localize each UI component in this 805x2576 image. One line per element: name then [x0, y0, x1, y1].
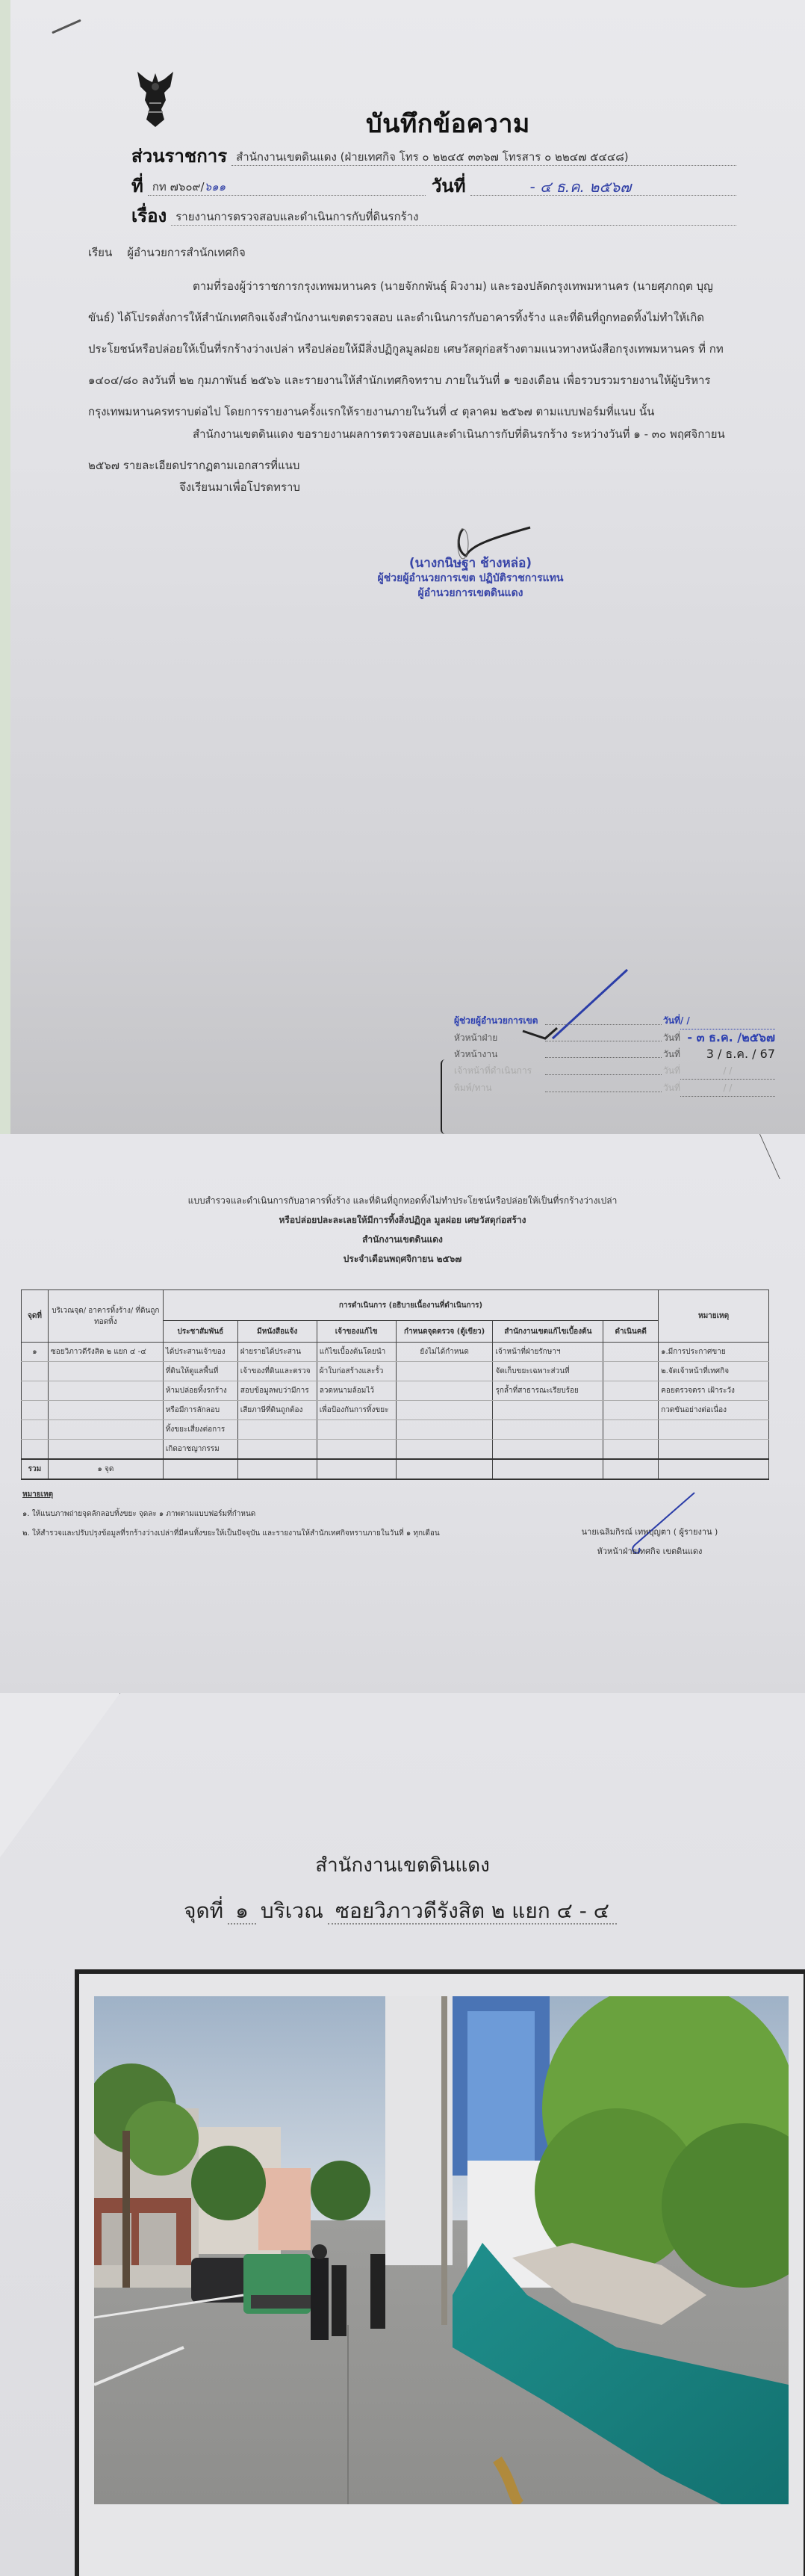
table-cell: [237, 1440, 317, 1460]
table-cell: [659, 1459, 769, 1479]
form-title-line: สำนักงานเขตดินแดง: [0, 1230, 805, 1249]
signer-position-2: ผู้อำนวยการเขตดินแดง: [373, 586, 568, 601]
routing-date: - ๓ ธ.ค. /๒๕๖๗: [680, 1030, 775, 1046]
subheader-cell: ดำเนินคดี: [603, 1321, 659, 1343]
table-cell: เพื่อป้องกันการทิ้งขยะ: [317, 1401, 396, 1420]
table-cell: แก้ไขเบื้องต้นโดยนำ: [317, 1343, 396, 1362]
date-label: วันที่: [432, 176, 466, 196]
salutation-value: ผู้อำนวยการสำนักเทศกิจ: [127, 246, 246, 259]
routing-row: หัวหน้าฝ่าย วันที่- ๓ ธ.ค. /๒๕๖๗: [454, 1030, 775, 1046]
table-cell: เสียภาษีที่ดินถูกต้อง: [237, 1401, 317, 1420]
table-cell: [22, 1381, 49, 1401]
street-photo-illustration: [94, 1996, 789, 2504]
pen-mark: [52, 19, 81, 34]
reporter-name: นายเฉลิมกิรณ์ เทพบุญตา ( ผู้รายงาน ): [553, 1523, 747, 1542]
area-label: บริเวณ: [261, 1898, 323, 1923]
table-cell: [48, 1401, 163, 1420]
routing-date: / /: [680, 1080, 775, 1097]
table-cell: [659, 1420, 769, 1440]
table-cell: [493, 1459, 603, 1479]
routing-label: เจ้าหน้าที่ดำเนินการ: [454, 1062, 544, 1080]
table-cell: ผ้าใบก่อสร้างและรั้ว: [317, 1362, 396, 1381]
routing-label: พิมพ์/ทาน: [454, 1080, 544, 1097]
subject-value: รายงานการตรวจสอบและดำเนินการกับที่ดินรกร…: [171, 210, 736, 226]
routing-label: หัวหน้างาน: [454, 1046, 544, 1062]
routing-row: หัวหน้างาน วันที่3 / ธ.ค. / 67: [454, 1046, 775, 1062]
table-cell: [396, 1420, 493, 1440]
routing-day-label: วันที่: [663, 1046, 680, 1062]
page-fold: [759, 1134, 805, 1179]
table-cell: ๒.จัดเจ้าหน้าที่เทศกิจ: [659, 1362, 769, 1381]
routing-brace: [441, 1059, 447, 1134]
table-cell: [603, 1459, 659, 1479]
table-cell: [163, 1459, 237, 1479]
attachment-office: สำนักงานเขตดินแดง: [0, 1850, 805, 1880]
memo-page: บันทึกข้อความ ส่วนราชการ สำนักงานเขตดินแ…: [0, 0, 805, 1134]
attachment-point-line: จุดที่๑บริเวณซอยวิภาวดีรังสิต ๒ แยก ๔ - …: [0, 1895, 805, 1928]
table-cell: [603, 1343, 659, 1362]
reporter-position: หัวหน้าฝ่ายเทศกิจ เขตดินแดง: [553, 1542, 747, 1561]
point-value: ๑: [228, 1898, 256, 1925]
table-cell: ยังไม่ได้กำหนด: [396, 1343, 493, 1362]
table-cell: [22, 1401, 49, 1420]
table-cell: [659, 1440, 769, 1460]
subheader-cell: ประชาสัมพันธ์: [163, 1321, 237, 1343]
area-value: ซอยวิภาวดีรังสิต ๒ แยก ๔ - ๔: [328, 1898, 617, 1925]
department-label: ส่วนราชการ: [131, 146, 227, 166]
ref-label: ที่: [131, 176, 143, 196]
table-cell: [396, 1401, 493, 1420]
table-row: เกิดอาชญากรรม: [22, 1440, 769, 1460]
subheader-cell: สำนักงานเขตแก้ไขเบื้องต้น: [493, 1321, 603, 1343]
table-cell: [493, 1440, 603, 1460]
table-cell: ห้ามปล่อยทิ้งรกร้าง: [163, 1381, 237, 1401]
table-cell: [603, 1381, 659, 1401]
table-cell: [48, 1362, 163, 1381]
routing-day-label: วันที่: [663, 1062, 680, 1080]
photo-frame: [75, 1969, 805, 2576]
table-row: ที่ดินให้ดูแลพื้นที่เจ้าของที่ดินและตรวจ…: [22, 1362, 769, 1381]
memo-paragraph-2: สำนักงานเขตดินแดง ขอรายงานผลการตรวจสอบแล…: [88, 418, 730, 481]
note-item: ๒. ให้สำรวจและปรับปรุงข้อมูลที่รกร้างว่า…: [22, 1524, 440, 1544]
table-cell: เจ้าของที่ดินและตรวจ: [237, 1362, 317, 1381]
ref-number-handwritten: ๖๑๑: [205, 180, 226, 193]
salutation-label: เรียน: [88, 246, 112, 259]
table-cell: หรือมีการลักลอบ: [163, 1401, 237, 1420]
routing-date: 3 / ธ.ค. / 67: [680, 1046, 775, 1062]
header-location: บริเวณจุด/ อาคารทิ้งร้าง/ ที่ดินถูกทอดทิ…: [48, 1290, 163, 1343]
reporter-block: นายเฉลิมกิรณ์ เทพบุญตา ( ผู้รายงาน ) หัว…: [553, 1523, 747, 1561]
table-cell: [396, 1381, 493, 1401]
garuda-emblem-icon: [131, 70, 179, 129]
table-cell: [396, 1362, 493, 1381]
table-cell: ซอยวิภาวดีรังสิต ๒ แยก ๔ -๔: [48, 1343, 163, 1362]
header-point: จุดที่: [22, 1290, 49, 1343]
subheader-cell: เจ้าของแก้ไข: [317, 1321, 396, 1343]
routing-day-label: วันที่: [663, 1012, 680, 1030]
routing-date: / /: [680, 1012, 775, 1030]
table-cell: ๑.มีการประกาศขาย: [659, 1343, 769, 1362]
memo-title: บันทึกข้อความ: [366, 103, 530, 143]
note-item: ๑. ให้แนบภาพถ่ายจุดลักลอบทิ้งขยะ จุดละ ๑…: [22, 1505, 440, 1524]
subject-row: เรื่อง รายงานการตรวจสอบและดำเนินการกับที…: [131, 206, 736, 226]
total-value: ๑ จุด: [48, 1459, 163, 1479]
table-cell: [237, 1459, 317, 1479]
table-cell: สอบข้อมูลพบว่ามีการ: [237, 1381, 317, 1401]
table-cell: [48, 1381, 163, 1401]
table-cell: ได้ประสานเจ้าของ: [163, 1343, 237, 1362]
table-row: ห้ามปล่อยทิ้งรกร้างสอบข้อมูลพบว่ามีการลว…: [22, 1381, 769, 1401]
table-cell: คอยตรวจตรา เฝ้าระวัง: [659, 1381, 769, 1401]
site-photo: [94, 1996, 789, 2504]
table-cell: [237, 1420, 317, 1440]
table-cell: [22, 1440, 49, 1460]
table-cell: [22, 1420, 49, 1440]
table-cell: [493, 1420, 603, 1440]
department-row: ส่วนราชการ สำนักงานเขตดินแดง (ฝ่ายเทศกิจ…: [131, 146, 736, 166]
report-form-page: แบบสำรวจและดำเนินการกับอาคารทิ้งร้าง และ…: [0, 1134, 805, 1693]
signer-position-1: ผู้ช่วยผู้อำนวยการเขต ปฏิบัติราชการแทน: [373, 571, 568, 586]
header-actions: การดำเนินการ (อธิบายเนื้องานที่ดำเนินการ…: [163, 1290, 658, 1321]
table-cell: [603, 1420, 659, 1440]
table-cell: รุกล้ำที่สาธารณะเรียบร้อย: [493, 1381, 603, 1401]
department-value: สำนักงานเขตดินแดง (ฝ่ายเทศกิจ โทร ๐ ๒๒๔๕…: [231, 150, 736, 166]
ref-date-row: ที่ กท ๗๖๐๙/๖๑๑ วันที่ - ๔ ธ.ค. ๒๕๖๗: [131, 176, 736, 196]
table-cell: [603, 1401, 659, 1420]
table-cell: [396, 1440, 493, 1460]
page-fold: [0, 1693, 120, 1857]
table-row: ๑ซอยวิภาวดีรังสิต ๒ แยก ๔ -๔ได้ประสานเจ้…: [22, 1343, 769, 1362]
routing-day-label: วันที่: [663, 1080, 680, 1097]
subject-label: เรื่อง: [131, 206, 167, 226]
form-title-line: แบบสำรวจและดำเนินการกับอาคารทิ้งร้าง และ…: [0, 1191, 805, 1210]
photo-attachment-page: สำนักงานเขตดินแดง จุดที่๑บริเวณซอยวิภาวด…: [0, 1693, 805, 2576]
table-cell: [493, 1401, 603, 1420]
subheader-cell: กำหนดจุดตรวจ (ตู้เขียว): [396, 1321, 493, 1343]
table-cell: [603, 1362, 659, 1381]
salutation: เรียนผู้อำนวยการสำนักเทศกิจ: [88, 244, 246, 261]
table-cell: [317, 1459, 396, 1479]
table-cell: [22, 1362, 49, 1381]
form-title-line: ประจำเดือนพฤศจิกายน ๒๕๖๗: [0, 1249, 805, 1269]
signer-name: (นางกนิษฐา ช้างหล่อ): [373, 556, 568, 571]
table-cell: [396, 1459, 493, 1479]
table-cell: ที่ดินให้ดูแลพื้นที่: [163, 1362, 237, 1381]
table-cell: เจ้าหน้าที่ฝ่ายรักษาฯ: [493, 1343, 603, 1362]
table-cell: เกิดอาชญากรรม: [163, 1440, 237, 1460]
table-cell: [48, 1420, 163, 1440]
routing-label: หัวหน้าฝ่าย: [454, 1030, 544, 1046]
ref-value: กท ๗๖๐๙/๖๑๑: [148, 180, 426, 196]
table-cell: กวดขันอย่างต่อเนื่อง: [659, 1401, 769, 1420]
table-cell: [603, 1440, 659, 1460]
table-cell: ทิ้งขยะเสี่ยงต่อการ: [163, 1420, 237, 1440]
memo-closing: จึงเรียนมาเพื่อโปรดทราบ: [179, 478, 300, 496]
background-edge: [0, 0, 10, 1134]
header-remarks: หมายเหตุ: [659, 1290, 769, 1343]
total-row: รวม๑ จุด: [22, 1459, 769, 1479]
routing-row: ผู้ช่วยผู้อำนวยการเขต วันที่/ /: [454, 1012, 775, 1030]
routing-date: / /: [680, 1062, 775, 1080]
table-cell: จัดเก็บขยะเฉพาะส่วนที่: [493, 1362, 603, 1381]
form-title-line: หรือปล่อยปละละเลยให้มีการทิ้งสิ่งปฏิกูล …: [0, 1210, 805, 1230]
routing-row: เจ้าหน้าที่ดำเนินการ วันที่/ /: [454, 1062, 775, 1080]
routing-day-label: วันที่: [663, 1030, 680, 1046]
routing-row: พิมพ์/ทาน วันที่/ /: [454, 1080, 775, 1097]
table-cell: [48, 1440, 163, 1460]
table-cell: ฝ่ายรายได้ประสาน: [237, 1343, 317, 1362]
routing-slip: ผู้ช่วยผู้อำนวยการเขต วันที่/ / หัวหน้าฝ…: [454, 1012, 775, 1097]
form-notes: หมายเหตุ ๑. ให้แนบภาพถ่ายจุดลักลอบทิ้งขย…: [22, 1485, 440, 1544]
report-table: จุดที่ บริเวณจุด/ อาคารทิ้งร้าง/ ที่ดินถ…: [21, 1289, 769, 1480]
point-label: จุดที่: [184, 1898, 223, 1923]
report-body: ๑ซอยวิภาวดีรังสิต ๒ แยก ๔ -๔ได้ประสานเจ้…: [22, 1343, 769, 1480]
signer-block: (นางกนิษฐา ช้างหล่อ) ผู้ช่วยผู้อำนวยการเ…: [373, 530, 568, 601]
notes-heading: หมายเหตุ: [22, 1485, 440, 1505]
subheader-cell: มีหนังสือแจ้ง: [237, 1321, 317, 1343]
form-title: แบบสำรวจและดำเนินการกับอาคารทิ้งร้าง และ…: [0, 1191, 805, 1269]
table-cell: ๑: [22, 1343, 49, 1362]
memo-paragraph-1: ตามที่รองผู้ว่าราชการกรุงเทพมหานคร (นายจ…: [88, 270, 730, 427]
ref-number-printed: กท ๗๖๐๙/: [152, 180, 205, 193]
table-cell: ลวดหนามล้อมไว้: [317, 1381, 396, 1401]
table-row: หรือมีการลักลอบเสียภาษีที่ดินถูกต้องเพื่…: [22, 1401, 769, 1420]
table-cell: [317, 1440, 396, 1460]
total-label: รวม: [22, 1459, 49, 1479]
date-value: - ๔ ธ.ค. ๒๕๖๗: [470, 180, 736, 196]
routing-label: ผู้ช่วยผู้อำนวยการเขต: [454, 1012, 544, 1030]
table-cell: [317, 1420, 396, 1440]
table-row: ทิ้งขยะเสี่ยงต่อการ: [22, 1420, 769, 1440]
